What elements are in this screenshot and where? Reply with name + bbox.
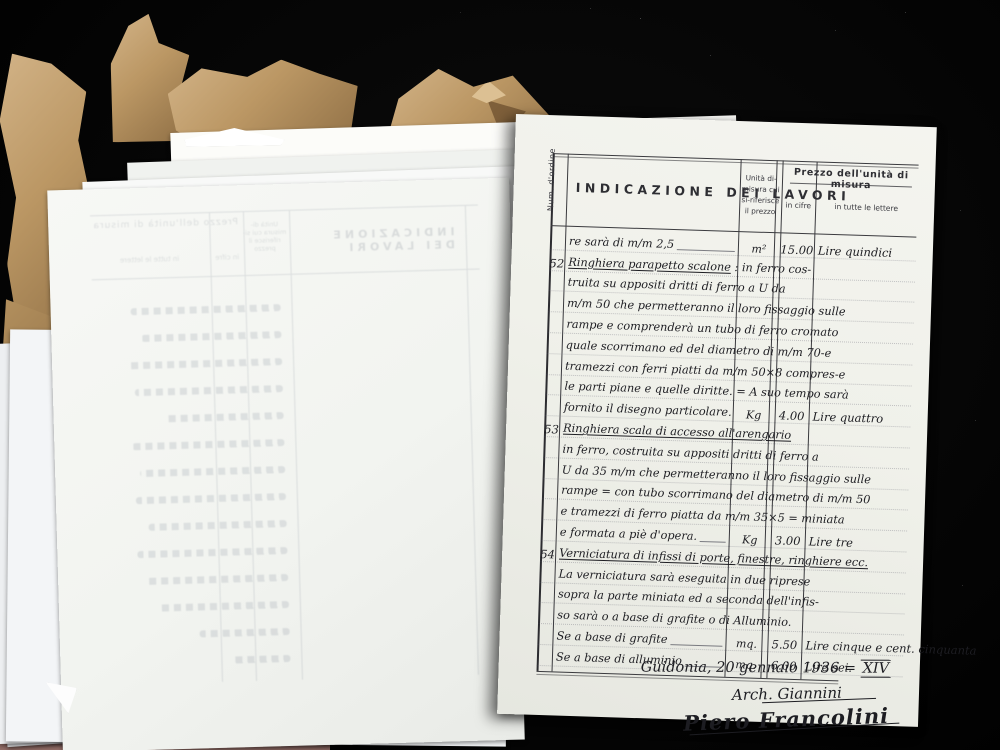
table-top-rule <box>553 153 919 165</box>
price-group-header: Prezzo dell'unità di misura <box>784 166 919 192</box>
estimate-document-page: Num. d'ordine INDICAZIONE DEI LAVORI Uni… <box>497 114 937 727</box>
price-digits-header: in cifre <box>781 200 815 210</box>
ghost-handwriting-line <box>136 493 286 504</box>
place-date-text: Guidonia, 20 gennaio 1936 = <box>641 659 856 676</box>
ghost-price-header: Prezzo dell'unità di misura <box>90 217 240 231</box>
mirrored-bleedthrough-table: INDICAZIONE DEI LAVORI Unità di-misura c… <box>90 191 492 722</box>
ghost-letters-header: in tutte le lettere <box>120 255 180 265</box>
unit-header: Unità di-misura cui si-riferisce il prez… <box>740 173 781 218</box>
ghost-handwriting-line <box>127 358 282 369</box>
price-digits-cell: 3.00 <box>771 533 805 548</box>
fascist-era-year: XIV <box>861 660 892 678</box>
handwritten-fill-stroke <box>700 528 726 543</box>
price-digits-cell: 5.50 <box>767 637 801 652</box>
ghost-handwriting-line <box>200 628 290 638</box>
ghost-handwriting-line <box>164 412 284 422</box>
dust-speckles <box>0 0 1 1</box>
ghost-handwriting-line <box>137 547 287 558</box>
ghost-handwriting-line <box>141 331 281 342</box>
price-letters-header: in tutte le lettere <box>815 201 917 213</box>
architect-signature: Arch. Giannini <box>732 684 842 704</box>
unit-cell: mq. <box>725 637 767 651</box>
ghost-line <box>465 205 479 675</box>
works-header: INDICAZIONE DEI LAVORI <box>575 180 735 200</box>
ghost-unit-header: Unità di-misura cui si-riferisce il prez… <box>242 220 287 253</box>
ghost-handwriting-line <box>140 466 285 477</box>
ghost-handwriting-line <box>159 601 289 612</box>
ghost-works-header: INDICAZIONE DEI LAVORI <box>294 225 455 255</box>
order-number-cell: 52 <box>549 256 564 270</box>
ghost-handwriting-line <box>135 385 283 396</box>
unit-cell: Kg <box>729 533 771 547</box>
unit-cell: m² <box>738 242 780 256</box>
ghost-handwriting-line <box>131 304 281 315</box>
ghost-handwriting-line <box>230 655 290 664</box>
handwritten-fill-stroke <box>670 631 722 647</box>
photo-of-documents: INDICAZIONE DEI LAVORI Unità di-misura c… <box>0 0 1000 750</box>
second-signature: Piero Francolini <box>683 703 890 736</box>
order-number-cell: 53 <box>544 422 559 436</box>
ghost-handwriting-line <box>146 574 288 585</box>
ghost-line <box>90 205 478 217</box>
price-digits-cell: 4.00 <box>774 408 808 423</box>
place-date-line: Guidonia, 20 gennaio 1936 = XIV <box>641 659 892 676</box>
ghost-handwriting <box>90 191 478 202</box>
price-digits-cell: 15.00 <box>780 242 814 257</box>
top-sheet-with-bleedthrough: INDICAZIONE DEI LAVORI Unità di-misura c… <box>47 178 525 750</box>
ghost-digits-header: in cifre <box>215 253 239 262</box>
order-number-cell: 54 <box>540 547 555 561</box>
table-body: re sarà di m/m 2,5m²15.00Lire quindici52… <box>537 229 917 677</box>
ghost-line <box>92 269 480 281</box>
unit-cell: Kg <box>732 408 774 422</box>
works-price-table: Num. d'ordine INDICAZIONE DEI LAVORI Uni… <box>535 153 918 720</box>
handwritten-fill-stroke <box>677 236 735 252</box>
ghost-line <box>289 210 303 680</box>
kraft-fold-highlight <box>469 78 506 106</box>
ghost-handwriting-line <box>132 439 284 450</box>
